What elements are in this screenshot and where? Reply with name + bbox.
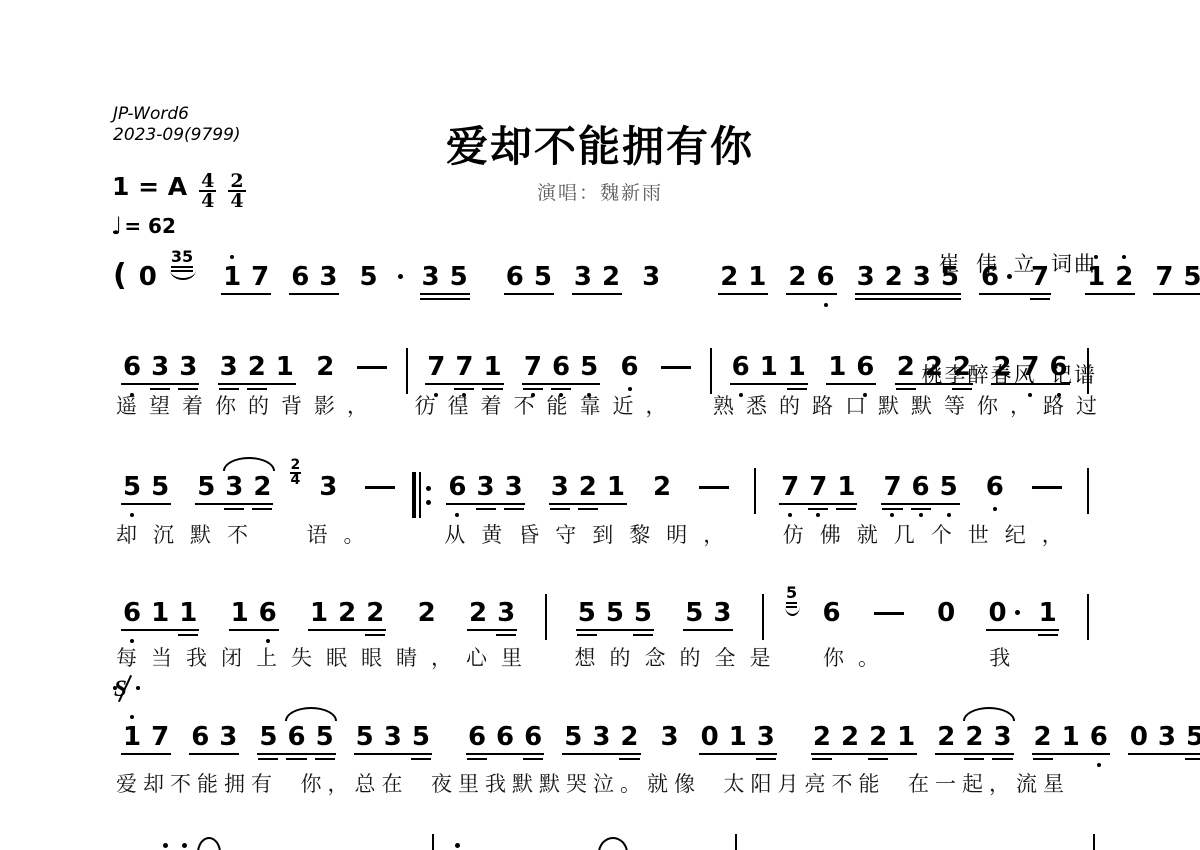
note: 3 [546, 472, 574, 502]
note: 2 [1029, 722, 1057, 752]
note: 6 [1045, 352, 1073, 382]
note: 2 [464, 598, 492, 628]
note: 2 [413, 598, 441, 628]
sixteenth-underline [504, 508, 524, 510]
octave-dot-below [890, 513, 894, 517]
note-group: 532 [192, 472, 276, 502]
note-group: 16 [823, 352, 879, 382]
sixteenth-underline [633, 634, 653, 636]
octave-dot-above [1122, 255, 1126, 259]
note: 6 [907, 472, 935, 502]
note: 6 [118, 598, 146, 628]
note: 3 [656, 722, 684, 752]
note: 7 [1016, 352, 1044, 382]
sixteenth-underline [258, 758, 278, 760]
sixteenth-underline [868, 758, 888, 760]
note: 7 [1150, 262, 1178, 292]
note: 0 [1125, 722, 1153, 752]
eighth-underline [121, 629, 199, 631]
note: 7 [246, 262, 274, 292]
note: 1 [743, 262, 771, 292]
note: 3 [708, 598, 736, 628]
note-group: 01 [983, 598, 1061, 628]
note: 3 [908, 262, 936, 292]
sixteenth-underline [420, 298, 470, 300]
note-group: 321 [546, 472, 630, 502]
notation-line-5: 176356553566653230132221223216035 [112, 722, 1097, 768]
note: 2 [248, 472, 276, 502]
grace-slur [785, 606, 800, 616]
note: 6 [1085, 722, 1113, 752]
note: 2 [836, 722, 864, 752]
note: 6 [254, 598, 282, 628]
note-group: 633 [118, 352, 202, 382]
sixteenth-underline [224, 508, 244, 510]
note: 6 [976, 262, 1004, 292]
octave-dot-below [993, 507, 997, 511]
sixteenth-underline [577, 634, 597, 636]
eighth-underline [986, 629, 1058, 631]
grace-notes: 5 [786, 584, 797, 602]
note: 2 [361, 598, 389, 628]
note [1027, 472, 1067, 502]
note-group: 75 [1150, 262, 1200, 292]
note: 3 [587, 722, 615, 752]
note: 3 [417, 262, 445, 292]
note-group: 765 [878, 472, 962, 502]
note: 2 [960, 722, 988, 752]
sixteenth-underline [1038, 634, 1058, 636]
note [395, 262, 405, 292]
sixteenth-underline [1030, 298, 1050, 300]
eighth-underline [811, 753, 917, 755]
note: 3 [637, 262, 665, 292]
note: 5 [559, 722, 587, 752]
note: 1 [755, 352, 783, 382]
note [656, 352, 696, 382]
note: 6 [547, 352, 575, 382]
lyrics-line-1: 遥望着你的背影， 彷徨着不能靠近， 熟悉的路口默默等你，路过 [116, 390, 1109, 420]
slur-arc [963, 707, 1015, 721]
repeat-barline [412, 472, 431, 518]
note: 5 [936, 262, 964, 292]
octave-dot-above [455, 843, 460, 848]
octave-dot-above [182, 843, 187, 848]
note-group: 23 [464, 598, 520, 628]
eighth-underline [881, 503, 959, 505]
note: 5 [629, 598, 657, 628]
barline [1087, 348, 1089, 394]
note: 5 [254, 722, 282, 752]
lyrics-line-3: 每当我闭上失眠眼睛，心里 想的念的全是 你。 我 [116, 642, 1024, 672]
time-signature-44: 4 4 [199, 172, 216, 210]
note-group: 555 [573, 598, 657, 628]
octave-dot-below [455, 513, 459, 517]
barline [710, 348, 712, 394]
note: 7 [878, 472, 906, 502]
sixteenth-underline [178, 634, 198, 636]
note: 2 [880, 262, 908, 292]
parenthesis: ( [113, 260, 127, 292]
octave-dot-above [1094, 255, 1098, 259]
note: 1 [892, 722, 920, 752]
barline [406, 348, 408, 394]
note: 0 [696, 722, 724, 752]
note: 7 [422, 352, 450, 382]
note-group: 32 [569, 262, 625, 292]
eighth-underline [991, 383, 1069, 385]
eighth-underline [121, 383, 199, 385]
note: 5 [1181, 722, 1200, 752]
barline [754, 468, 756, 514]
note: 1 [724, 722, 752, 752]
note: 0 [134, 262, 162, 292]
eighth-underline [1085, 293, 1135, 295]
note: 3 [1153, 722, 1181, 752]
sixteenth-underline [855, 298, 961, 300]
eighth-underline [189, 753, 239, 755]
note: 5 [935, 472, 963, 502]
barline [1087, 468, 1089, 514]
sixteenth-underline [992, 758, 1012, 760]
note: 5 [575, 352, 603, 382]
note [360, 472, 400, 502]
note: 5 [573, 598, 601, 628]
barline [735, 834, 737, 850]
note: 1 [271, 352, 299, 382]
note: 6 [118, 352, 146, 382]
note: 5 [529, 262, 557, 292]
sixteenth-underline [1185, 758, 1200, 760]
eighth-underline [935, 753, 1013, 755]
note: 2 [615, 722, 643, 752]
note: 5 [445, 262, 473, 292]
note: 0 [932, 598, 960, 628]
eighth-underline [121, 753, 171, 755]
note: 6 [491, 722, 519, 752]
barline [1093, 834, 1095, 850]
note: 1 [783, 352, 811, 382]
note: 1 [174, 598, 202, 628]
slur-arc [598, 837, 628, 850]
note: 1 [823, 352, 851, 382]
tempo-marking: ♩ = 62 [111, 212, 176, 240]
note: 1 [478, 352, 506, 382]
note: 7 [519, 352, 547, 382]
note-group: 17 [118, 722, 174, 752]
note: 2 [988, 352, 1016, 382]
note-group: 565 [254, 722, 338, 752]
note: 3 [569, 262, 597, 292]
eighth-underline [504, 293, 554, 295]
eighth-underline [826, 383, 876, 385]
sixteenth-underline [496, 634, 516, 636]
eighth-underline [121, 503, 171, 505]
sixteenth-underline [365, 634, 385, 636]
sheet-music-page: JP-Word6 2023-09(9799) 爱却不能拥有你 演唱：魏新雨 崔 … [0, 0, 1200, 850]
note-group: 035 [1125, 722, 1200, 752]
note-group: 611 [118, 598, 202, 628]
note: 3 [472, 472, 500, 502]
note: 1 [146, 598, 174, 628]
octave-dot-above [130, 715, 134, 719]
note: 7 [450, 352, 478, 382]
eighth-underline [979, 293, 1051, 295]
note: 6 [519, 722, 547, 752]
note: 7 [804, 472, 832, 502]
sixteenth-underline [808, 508, 828, 510]
note: 3 [852, 262, 880, 292]
sixteenth-underline [550, 508, 570, 510]
slur-arc [223, 457, 275, 471]
eighth-underline [308, 629, 386, 631]
note: 2 [597, 262, 625, 292]
note-group: 21 [715, 262, 771, 292]
note: 1 [1034, 598, 1062, 628]
note-group: 12 [1082, 262, 1138, 292]
eighth-underline [572, 293, 622, 295]
eighth-underline [425, 383, 503, 385]
quarter-note-icon: ♩ [111, 212, 122, 240]
eighth-underline [1153, 293, 1200, 295]
octave-dot-below [788, 513, 792, 517]
mid-score-time-signature: 24 [290, 459, 302, 487]
note: 2 [333, 598, 361, 628]
key-label: 1 = A [112, 172, 187, 202]
note: 2 [1110, 262, 1138, 292]
note: 1 [118, 722, 146, 752]
note: 5 [192, 472, 220, 502]
eighth-underline [786, 293, 836, 295]
note-group: 26 [783, 262, 839, 292]
eighth-underline [257, 753, 335, 755]
slur-arc [285, 707, 337, 721]
lyrics-line-4: 爱却不能拥有 你，总在 夜里我默默哭泣。就像 太阳月亮不能 在一起，流星 [116, 768, 1070, 798]
note: 5 [351, 722, 379, 752]
note: 2 [574, 472, 602, 502]
slur-arc [197, 837, 221, 850]
sixteenth-underline [523, 758, 543, 760]
octave-dot-below [130, 513, 134, 517]
note: 7 [146, 722, 174, 752]
time-signature-24: 2 4 [228, 172, 245, 210]
octave-dot-below [1097, 763, 1101, 767]
note-group: 611 [727, 352, 811, 382]
octave-dot-below [816, 513, 820, 517]
note: 2 [892, 352, 920, 382]
note-group: 63 [286, 262, 342, 292]
sixteenth-underline [756, 758, 776, 760]
note-group: 535 [351, 722, 435, 752]
barline [1087, 594, 1089, 640]
note: 3 [220, 472, 248, 502]
octave-dot-above [230, 255, 234, 259]
eighth-underline [522, 383, 600, 385]
key-signature: 1 = A 4 4 2 4 [112, 172, 246, 210]
note-group: 17 [218, 262, 274, 292]
note-group: 63 [186, 722, 242, 752]
page-title: 爱却不能拥有你 [0, 114, 1200, 174]
note: 0 [983, 598, 1011, 628]
note [1012, 598, 1034, 628]
eighth-underline [718, 293, 768, 295]
note-group: 216 [1029, 722, 1113, 752]
eighth-underline [420, 293, 470, 295]
note: 1 [832, 472, 860, 502]
note: 6 [443, 472, 471, 502]
barline [762, 594, 764, 640]
note: 6 [727, 352, 755, 382]
note: 5 [601, 598, 629, 628]
eighth-underline [730, 383, 808, 385]
note-group: 532 [559, 722, 643, 752]
notation-line-1: (035176353565323212632356712756) [112, 262, 1097, 308]
note: 3 [988, 722, 1016, 752]
eighth-underline [218, 383, 296, 385]
note: 6 [811, 262, 839, 292]
note: 5 [311, 722, 339, 752]
note-group: 276 [988, 352, 1072, 382]
note: 2 [783, 262, 811, 292]
note: 3 [215, 352, 243, 382]
sixteenth-underline [411, 758, 431, 760]
note: 2 [243, 352, 271, 382]
note: 2 [920, 352, 948, 382]
eighth-underline [562, 753, 640, 755]
eighth-underline [467, 629, 517, 631]
note: 3 [379, 722, 407, 752]
note: 3 [214, 722, 242, 752]
note: 6 [616, 352, 644, 382]
octave-dot-below [947, 513, 951, 517]
sixteenth-underline [252, 508, 272, 510]
note-group: 222 [892, 352, 976, 382]
note [694, 472, 734, 502]
note [352, 352, 392, 382]
note: 7 [776, 472, 804, 502]
eighth-underline [699, 753, 777, 755]
note-group: 771 [776, 472, 860, 502]
note [1004, 262, 1026, 292]
note: 5 [407, 722, 435, 752]
eighth-underline [855, 293, 961, 295]
note: 3 [174, 352, 202, 382]
sixteenth-underline [812, 758, 832, 760]
note: 2 [808, 722, 836, 752]
note: 6 [981, 472, 1009, 502]
octave-dot-below [919, 513, 923, 517]
eighth-underline [354, 753, 432, 755]
note-group: 633 [443, 472, 527, 502]
note: 6 [186, 722, 214, 752]
note-group: 55 [118, 472, 174, 502]
note-group: 65 [501, 262, 557, 292]
eighth-underline [1128, 753, 1200, 755]
note: 2 [932, 722, 960, 752]
note-group: 223 [932, 722, 1016, 752]
note: 3 [500, 472, 528, 502]
note-group: 3235 [852, 262, 964, 292]
note-group: 771 [422, 352, 506, 382]
note: 1 [218, 262, 246, 292]
note: 3 [752, 722, 780, 752]
eighth-underline [549, 503, 627, 505]
note-group: 53 [680, 598, 736, 628]
note-group: 122 [305, 598, 389, 628]
grace-notes: 35 [171, 248, 193, 266]
segno-icon: S [114, 676, 138, 702]
note: 1 [305, 598, 333, 628]
note: 5 [680, 598, 708, 628]
note: 3 [314, 472, 342, 502]
sixteenth-underline [286, 758, 306, 760]
note [869, 598, 909, 628]
note-group: 67 [976, 262, 1054, 292]
note: 3 [146, 352, 174, 382]
barline [432, 834, 434, 850]
sixteenth-underline [1033, 758, 1053, 760]
note: 3 [314, 262, 342, 292]
note-group: 16 [226, 598, 282, 628]
tempo-value: = 62 [124, 214, 176, 238]
sixteenth-underline [836, 508, 856, 510]
note: 6 [817, 598, 845, 628]
note-group: 765 [519, 352, 603, 382]
partial-line [0, 834, 1200, 850]
note: 2 [715, 262, 743, 292]
note: 2 [948, 352, 976, 382]
grace-slur [170, 270, 196, 280]
note: 5 [1178, 262, 1200, 292]
eighth-underline [576, 629, 654, 631]
eighth-underline [221, 293, 271, 295]
eighth-underline [779, 503, 857, 505]
note-group: 35 [417, 262, 473, 292]
sixteenth-underline [964, 758, 984, 760]
credits: 崔 伟 立 词曲 桃李醉春风 记谱 [922, 172, 1098, 468]
eighth-underline [895, 383, 973, 385]
note [677, 262, 687, 292]
note: 6 [501, 262, 529, 292]
note: 1 [226, 598, 254, 628]
note: 5 [146, 472, 174, 502]
note: 6 [851, 352, 879, 382]
sixteenth-underline [619, 758, 639, 760]
sixteenth-underline [578, 508, 598, 510]
note: 6 [282, 722, 310, 752]
eighth-underline [446, 503, 524, 505]
note-group: 013 [696, 722, 780, 752]
note: 2 [311, 352, 339, 382]
notation-line-4: 611161222235555356001 [112, 598, 1097, 644]
sixteenth-underline [315, 758, 335, 760]
note-group: 666 [463, 722, 547, 752]
eighth-underline [289, 293, 339, 295]
eighth-underline [683, 629, 733, 631]
note-group: 2221 [808, 722, 920, 752]
notation-line-3: 5553224363332127717656 [112, 472, 1097, 518]
octave-dot-below [824, 303, 828, 307]
note: 1 [1057, 722, 1085, 752]
note: 5 [354, 262, 382, 292]
note: 5 [118, 472, 146, 502]
note: 6 [463, 722, 491, 752]
note: 3 [492, 598, 520, 628]
sixteenth-underline [911, 508, 931, 510]
sixteenth-underline [882, 508, 902, 510]
note: 1 [602, 472, 630, 502]
note: 7 [1026, 262, 1054, 292]
